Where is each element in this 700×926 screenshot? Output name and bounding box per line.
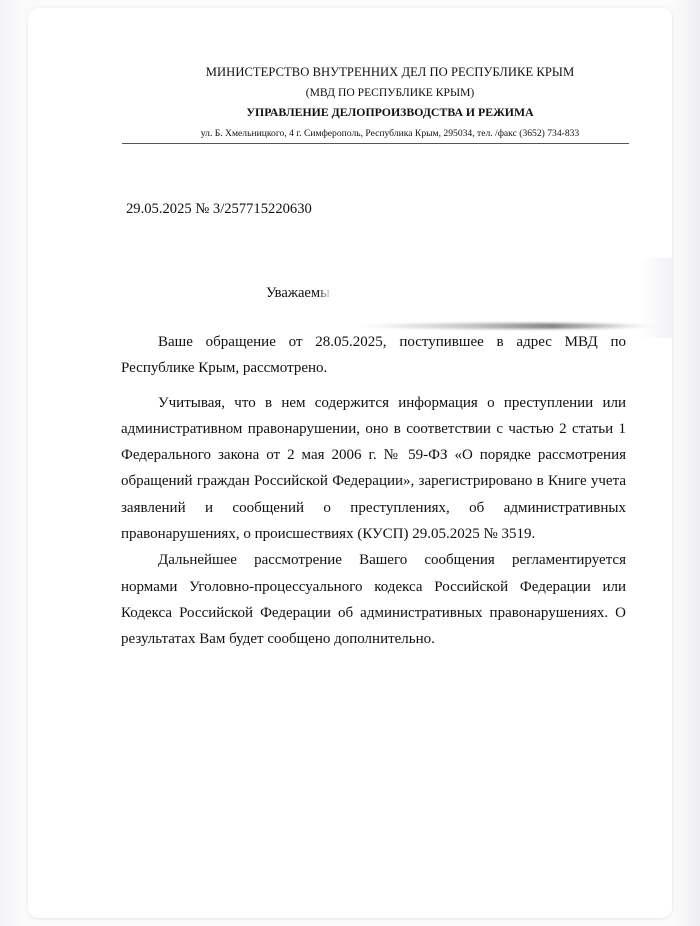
redaction-edge [640, 258, 672, 338]
paragraph-registration: Учитывая, что в нем содержится информаци… [121, 390, 626, 548]
paragraph-received: Ваше обращение от 28.05.2025, поступивше… [121, 329, 626, 382]
address-line: ул. Б. Хмельницкого, 4 г. Симферополь, Р… [68, 128, 700, 139]
redaction-fade [318, 280, 458, 304]
ministry-short-title: (МВД ПО РЕСПУБЛИКЕ КРЫМ) [68, 86, 700, 99]
ministry-title: МИНИСТЕРСТВО ВНУТРЕННИХ ДЕЛ ПО РЕСПУБЛИК… [68, 65, 700, 80]
letter-body: Ваше обращение от 28.05.2025, поступивше… [121, 329, 626, 653]
document-page: МИНИСТЕРСТВО ВНУТРЕННИХ ДЕЛ ПО РЕСПУБЛИК… [28, 8, 672, 918]
reference-number: 29.05.2025 № 3/257715220630 [126, 201, 312, 218]
header-divider [122, 143, 629, 144]
department-title: УПРАВЛЕНИЕ ДЕЛОПРОИЗВОДСТВА И РЕЖИМА [68, 105, 700, 120]
paragraph-further-review: Дальнейшее рассмотрение Вашего сообщения… [121, 547, 626, 652]
